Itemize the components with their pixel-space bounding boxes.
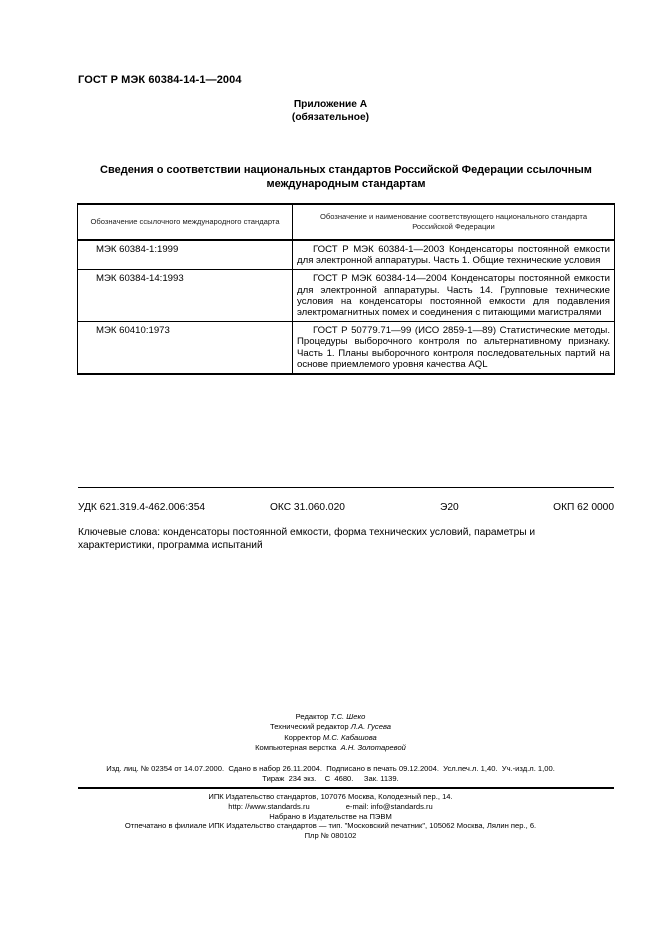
appendix-heading: Приложение А (обязательное) <box>0 98 661 124</box>
credit-proofreader: Корректор М.С. Кабашова <box>0 733 661 743</box>
table-row: МЭК 60384-14:1993 ГОСТ Р МЭК 60384-14—20… <box>78 270 615 322</box>
publisher-info: ИПК Издательство стандартов, 107076 Моск… <box>0 792 661 841</box>
section-title: Сведения о соответствии национальных ста… <box>78 163 614 191</box>
appendix-title: Приложение А <box>0 98 661 111</box>
publisher-divider <box>78 787 614 789</box>
international-standard-cell: МЭК 60384-14:1993 <box>78 270 293 322</box>
publisher-website: http: //www.standards.ru <box>228 802 309 811</box>
publisher-email: e-mail: info@standards.ru <box>346 802 433 811</box>
credit-editor: Редактор Т.С. Шеко <box>0 712 661 722</box>
credit-layout: Компьютерная верстка А.Н. Золотаревой <box>0 743 661 753</box>
international-standard-cell: МЭК 60410:1973 <box>78 322 293 374</box>
national-standard-cell: ГОСТ Р МЭК 60384-14—2004 Конденсаторы по… <box>293 270 615 322</box>
international-standard-cell: МЭК 60384-1:1999 <box>78 240 293 270</box>
section-title-line-2: международным стандартам <box>78 177 614 191</box>
header-national-standard: Обозначение и наименование соответствующ… <box>293 204 615 240</box>
credit-tech-editor: Технический редактор Л.А. Гусева <box>0 722 661 732</box>
okp-code: ОКП 62 0000 <box>540 502 614 513</box>
section-title-line-1: Сведения о соответствии национальных ста… <box>78 163 614 177</box>
imprint-line-2: Тираж 234 экз. С 4680. Зак. 1139. <box>0 774 661 784</box>
national-standard-cell: ГОСТ Р 50779.71—99 (ИСО 2859-1—89) Стати… <box>293 322 615 374</box>
editorial-credits: Редактор Т.С. Шеко Технический редактор … <box>0 712 661 754</box>
imprint-line-1: Изд. лиц. № 02354 от 14.07.2000. Сдано в… <box>0 764 661 774</box>
table-row: МЭК 60410:1973 ГОСТ Р 50779.71—99 (ИСО 2… <box>78 322 615 374</box>
table-row: МЭК 60384-1:1999 ГОСТ Р МЭК 60384-1—2003… <box>78 240 615 270</box>
document-code: ГОСТ Р МЭК 60384-14-1—2004 <box>78 74 242 86</box>
publisher-typeset: Набрано в Издательстве на ПЭВМ <box>0 812 661 822</box>
imprint-details: Изд. лиц. № 02354 от 14.07.2000. Сдано в… <box>0 764 661 785</box>
oks-code: ОКС 31.060.020 <box>270 502 440 513</box>
publisher-printed: Отпечатано в филиале ИПК Издательство ст… <box>0 821 661 831</box>
classifier-codes: УДК 621.319.4-462.006:354 ОКС 31.060.020… <box>78 502 614 513</box>
group-code: Э20 <box>440 502 540 513</box>
table-header-row: Обозначение ссылочного международного ст… <box>78 204 615 240</box>
appendix-status: (обязательное) <box>0 111 661 124</box>
national-standard-cell: ГОСТ Р МЭК 60384-1—2003 Конденсаторы пос… <box>293 240 615 270</box>
header-international-standard: Обозначение ссылочного международного ст… <box>78 204 293 240</box>
publisher-address: ИПК Издательство стандартов, 107076 Моск… <box>0 792 661 802</box>
udk-code: УДК 621.319.4-462.006:354 <box>78 502 270 513</box>
publisher-contacts: http: //www.standards.rue-mail: info@sta… <box>0 802 661 812</box>
classifier-divider <box>78 487 614 488</box>
keywords: Ключевые слова: конденсаторы постоянной … <box>78 527 614 552</box>
standards-correspondence-table: Обозначение ссылочного международного ст… <box>77 203 615 375</box>
publisher-license: Плр № 080102 <box>0 831 661 841</box>
